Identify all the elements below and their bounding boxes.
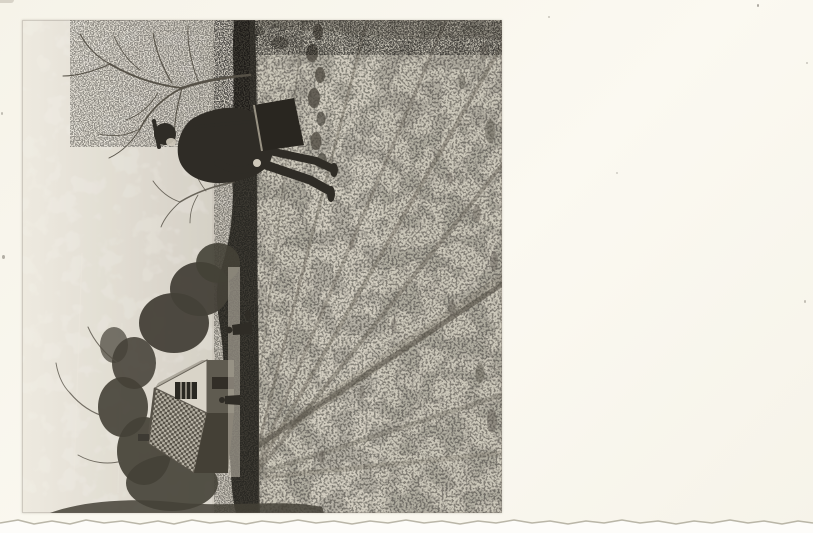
photo-scene xyxy=(22,20,502,513)
paper-speck xyxy=(548,16,550,18)
top-edge-nick xyxy=(0,0,14,3)
paper-speck xyxy=(1,112,3,115)
paper-speck xyxy=(757,4,759,7)
paper-speck xyxy=(804,300,806,303)
paper-speck xyxy=(806,62,808,64)
postcard xyxy=(0,0,813,533)
sepia-tone xyxy=(22,20,502,513)
photograph-rotated xyxy=(22,20,502,513)
paper-speck xyxy=(2,255,5,259)
paper-speck xyxy=(616,172,618,174)
photograph-upright-content xyxy=(22,20,502,513)
deckle-edge xyxy=(0,513,813,533)
